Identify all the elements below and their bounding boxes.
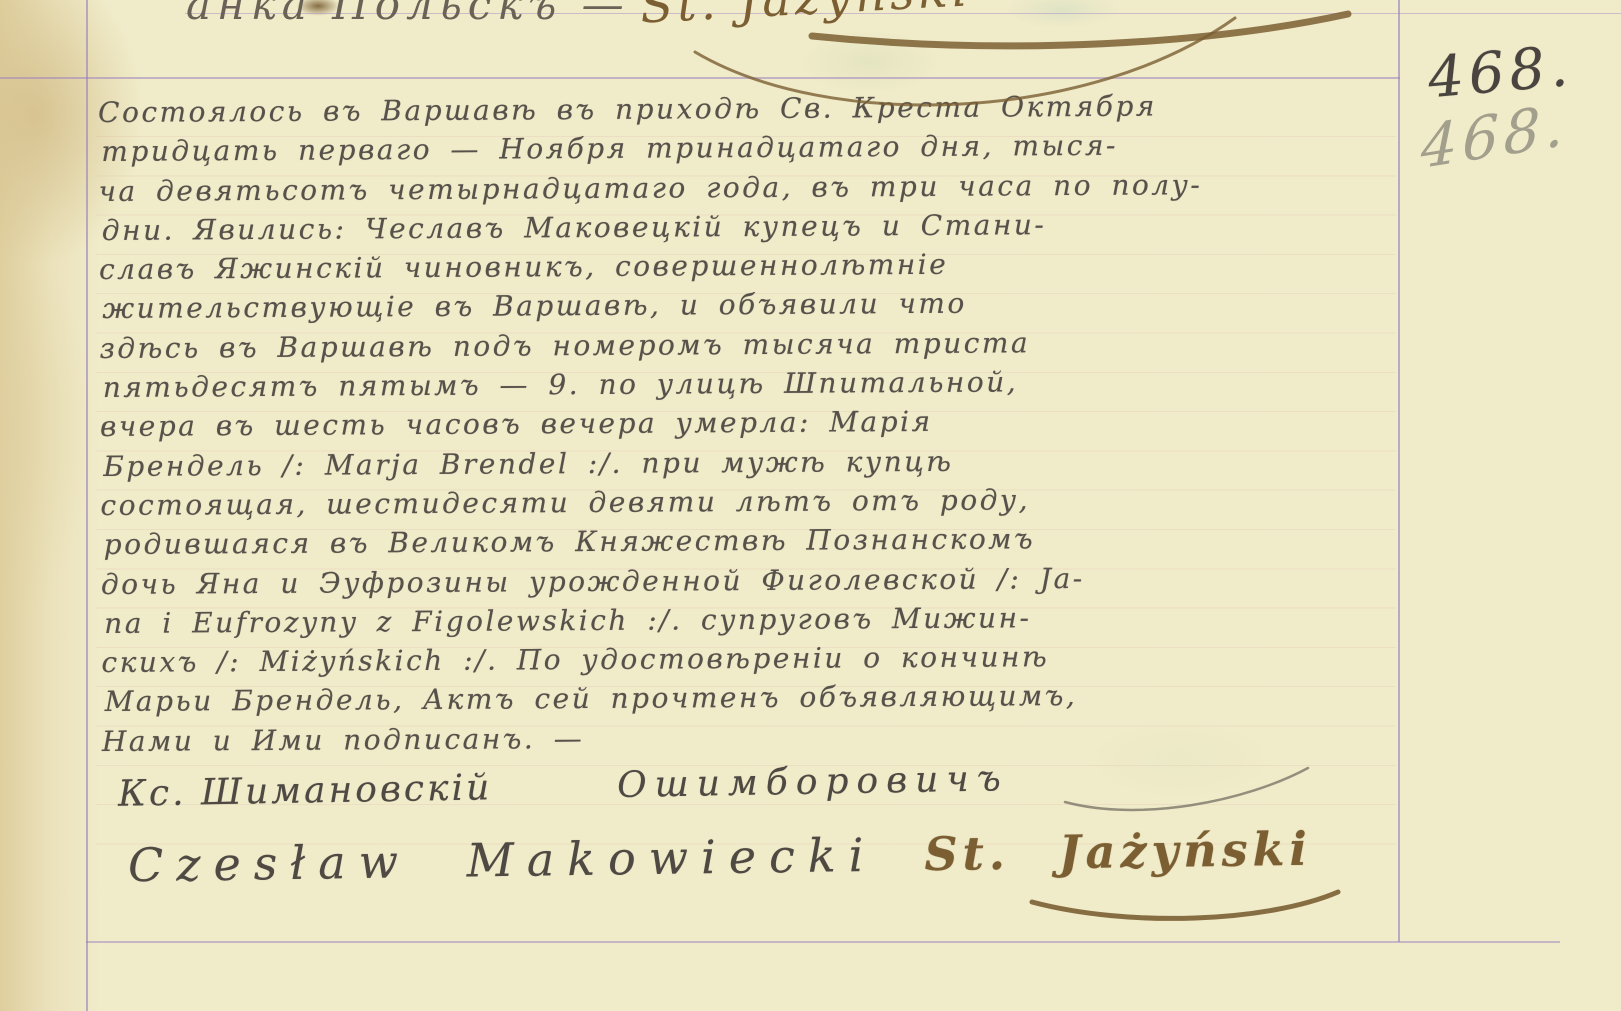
scanned-death-record-page: анка Польскъ — St. Jażyński 468. 468. Со…	[0, 0, 1621, 1011]
record-line: скихъ /: Miżyńskich :/. По удостовѣреніи…	[101, 639, 1205, 685]
record-line: дочь Яна и Эуфрозины урожденной Фиголевс…	[101, 561, 1205, 607]
previous-record-signature: St. Jażyński	[639, 0, 972, 35]
record-body-text: Состоялось въ Варшавѣ въ приходѣ Св. Кре…	[98, 89, 1206, 764]
record-line: родившаяся въ Великомъ Княжествѣ Познанс…	[104, 522, 1205, 568]
record-line: состоящая, шестидесяти девяти лѣтъ отъ р…	[100, 482, 1204, 528]
record-line: ча девятьсотъ четырнадцатаго года, въ тр…	[98, 168, 1202, 214]
witness-signature-row: Czesław MakowieckiSt. Jażyński	[128, 822, 1313, 893]
record-line: славъ Яжинскій чиновникъ, совершеннолѣтн…	[99, 246, 1203, 292]
ruled-line-bottom	[86, 941, 1560, 943]
record-line: Состоялось въ Варшавѣ въ приходѣ Св. Кре…	[98, 89, 1202, 135]
record-line: жительствующіе въ Варшавѣ, и объявили чт…	[102, 286, 1203, 332]
ruled-line-header	[0, 77, 1400, 79]
record-line: пятьдесятъ пятымъ — 9. по улицѣ Шпитальн…	[103, 364, 1204, 410]
record-line: Марьи Брендель, Актъ сей прочтенъ объявл…	[105, 679, 1206, 725]
officiant-signature-title: Кс. Шимановскій	[118, 767, 493, 815]
record-line: дни. Явились: Чеславъ Маковецкій купецъ …	[102, 207, 1203, 253]
witness-signature-jazynski: St. Jażyński	[924, 822, 1312, 881]
officiant-signature-row: Кс. ШимановскійОшимборовичъ	[118, 758, 1009, 815]
witness-signature-makowiecki: Czesław Makowiecki	[128, 828, 877, 892]
margin-line-right	[1398, 0, 1400, 942]
record-line: Нами и Ими подписанъ. —	[102, 718, 1206, 764]
officiant-signature-name: Ошимборовичъ	[617, 758, 1009, 806]
margin-line-left	[86, 0, 88, 1011]
record-line: здѣсь въ Варшавѣ подъ номеромъ тысяча тр…	[99, 325, 1203, 371]
record-line: тридцать перваго — Ноября тринадцатаго д…	[101, 129, 1202, 175]
record-line: Брендель /: Marja Brendel :/. при мужѣ к…	[103, 443, 1204, 489]
record-line: na i Eufrozyny z Figolewskich :/. супруг…	[104, 600, 1205, 646]
previous-record-fragment: анка Польскъ —	[186, 0, 630, 29]
record-line: вчера въ шесть часовъ вечера умерла: Мар…	[100, 404, 1204, 450]
